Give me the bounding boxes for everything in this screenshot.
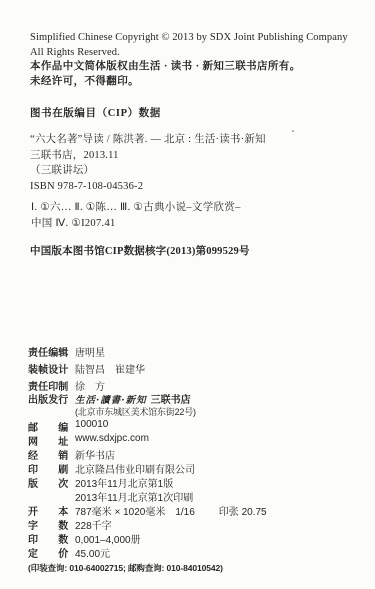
- row-edition: 版次 2013年11月北京第1版: [28, 475, 267, 489]
- printer-value: 北京隆昌伟业印刷有限公司: [75, 461, 195, 476]
- format-value: 787毫米 × 1020毫米 1/16: [75, 503, 195, 518]
- cip-entry-line-2: 三联书店，2013.11: [30, 148, 266, 164]
- copyright-notice: Simplified Chinese Copyright © 2013 by S…: [30, 31, 348, 89]
- price-label: 定价: [28, 545, 68, 560]
- cip-entry: “六大名著”导读 / 陈洪著. — 北京 : 生活·读书·新知 三联书店，201…: [30, 132, 266, 194]
- row-edition-printing: 2013年11月北京第1次印刷: [28, 489, 267, 503]
- row-website: 网址 www.sdxjpc.com: [28, 433, 267, 447]
- cip-series-title: （三联讲坛）: [30, 163, 266, 179]
- cip-classification: Ⅰ. ①六… Ⅱ. ①陈… Ⅲ. ①古典小说–文学欣赏– 中国 Ⅳ. ①I207…: [31, 200, 241, 231]
- postal-code-value: 100010: [75, 419, 108, 430]
- row-word-count: 字数 228千字: [28, 517, 267, 531]
- price-value: 45.00元: [75, 545, 110, 560]
- row-publisher: 出版发行 生活·讀書·新知三联书店: [28, 391, 267, 405]
- row-format: 开本 787毫米 × 1020毫米 1/16 印张 20.75: [28, 503, 267, 517]
- sheet-count: 印张 20.75: [219, 503, 267, 518]
- copyright-line-chinese-2: 未经许可，不得翻印。: [30, 75, 348, 90]
- printer-label: 印刷: [28, 461, 68, 476]
- row-postal-code: 邮编 100010: [28, 419, 267, 433]
- cip-class-line-1: Ⅰ. ①六… Ⅱ. ①陈… Ⅲ. ①古典小说–文学欣赏–: [31, 200, 241, 216]
- copyright-page: Simplified Chinese Copyright © 2013 by S…: [0, 0, 375, 589]
- website-label: 网址: [28, 433, 68, 448]
- distributor-value: 新华书店: [75, 447, 115, 462]
- word-count-label: 字数: [28, 517, 68, 532]
- cip-entry-line-1: “六大名著”导读 / 陈洪著. — 北京 : 生活·读书·新知: [30, 132, 266, 148]
- print-run-label: 印数: [28, 531, 68, 546]
- publication-details: 出版发行 生活·讀書·新知三联书店 (北京市东城区美术馆东街22号) 邮编 10…: [28, 391, 267, 574]
- row-printer: 印刷 北京隆昌伟业印刷有限公司: [28, 461, 267, 475]
- managing-editor-value: 唐明星: [75, 344, 105, 359]
- row-binding-designer: 装帧设计 陆智昌 崔建华: [28, 361, 145, 378]
- distributor-label: 经销: [28, 447, 68, 462]
- publisher-value: 生活·讀書·新知三联书店: [75, 391, 191, 406]
- binding-designer-value: 陆智昌 崔建华: [75, 361, 145, 376]
- row-publisher-address: (北京市东城区美术馆东街22号): [28, 405, 267, 419]
- binding-designer-label: 装帧设计: [28, 361, 68, 376]
- isbn-number: ISBN 978-7-108-04536-2: [30, 179, 266, 195]
- row-managing-editor: 责任编辑 唐明星: [28, 344, 145, 361]
- staff-credits: 责任编辑 唐明星 装帧设计 陆智昌 崔建华 责任印制 徐 方: [28, 344, 145, 395]
- row-print-run: 印数 0,001–4,000册: [28, 531, 267, 545]
- managing-editor-label: 责任编辑: [28, 344, 68, 359]
- print-run-value: 0,001–4,000册: [75, 531, 141, 546]
- row-distributor: 经销 新华书店: [28, 447, 267, 461]
- copyright-line-english-1: Simplified Chinese Copyright © 2013 by S…: [30, 31, 348, 46]
- copyright-line-chinese-1: 本作品中文简体版权由生活 · 读书 · 新知三联书店所有。: [30, 60, 348, 75]
- inquiry-phone-line: (印装查询: 010-64002715; 邮购查询: 010-84010542): [28, 562, 267, 574]
- website-value: www.sdxjpc.com: [75, 433, 149, 444]
- word-count-value: 228千字: [75, 517, 112, 532]
- publisher-address: (北京市东城区美术馆东街22号): [75, 405, 196, 418]
- row-price: 定价 45.00元: [28, 545, 267, 559]
- publisher-label: 出版发行: [28, 391, 68, 406]
- edition-label: 版次: [28, 475, 68, 490]
- copyright-line-english-2: All Rights Reserved.: [30, 46, 348, 61]
- postal-code-label: 邮编: [28, 419, 68, 434]
- format-label: 开本: [28, 503, 68, 518]
- edition-printing-value: 2013年11月北京第1次印刷: [75, 489, 193, 504]
- edition-value: 2013年11月北京第1版: [75, 475, 173, 490]
- scan-speck: [292, 130, 294, 132]
- cip-heading: 图书在版编目（CIP）数据: [30, 105, 161, 120]
- cip-record-number: 中国版本图书馆CIP数据核字(2013)第099529号: [30, 243, 250, 258]
- cip-class-line-2: 中国 Ⅳ. ①I207.41: [31, 216, 241, 232]
